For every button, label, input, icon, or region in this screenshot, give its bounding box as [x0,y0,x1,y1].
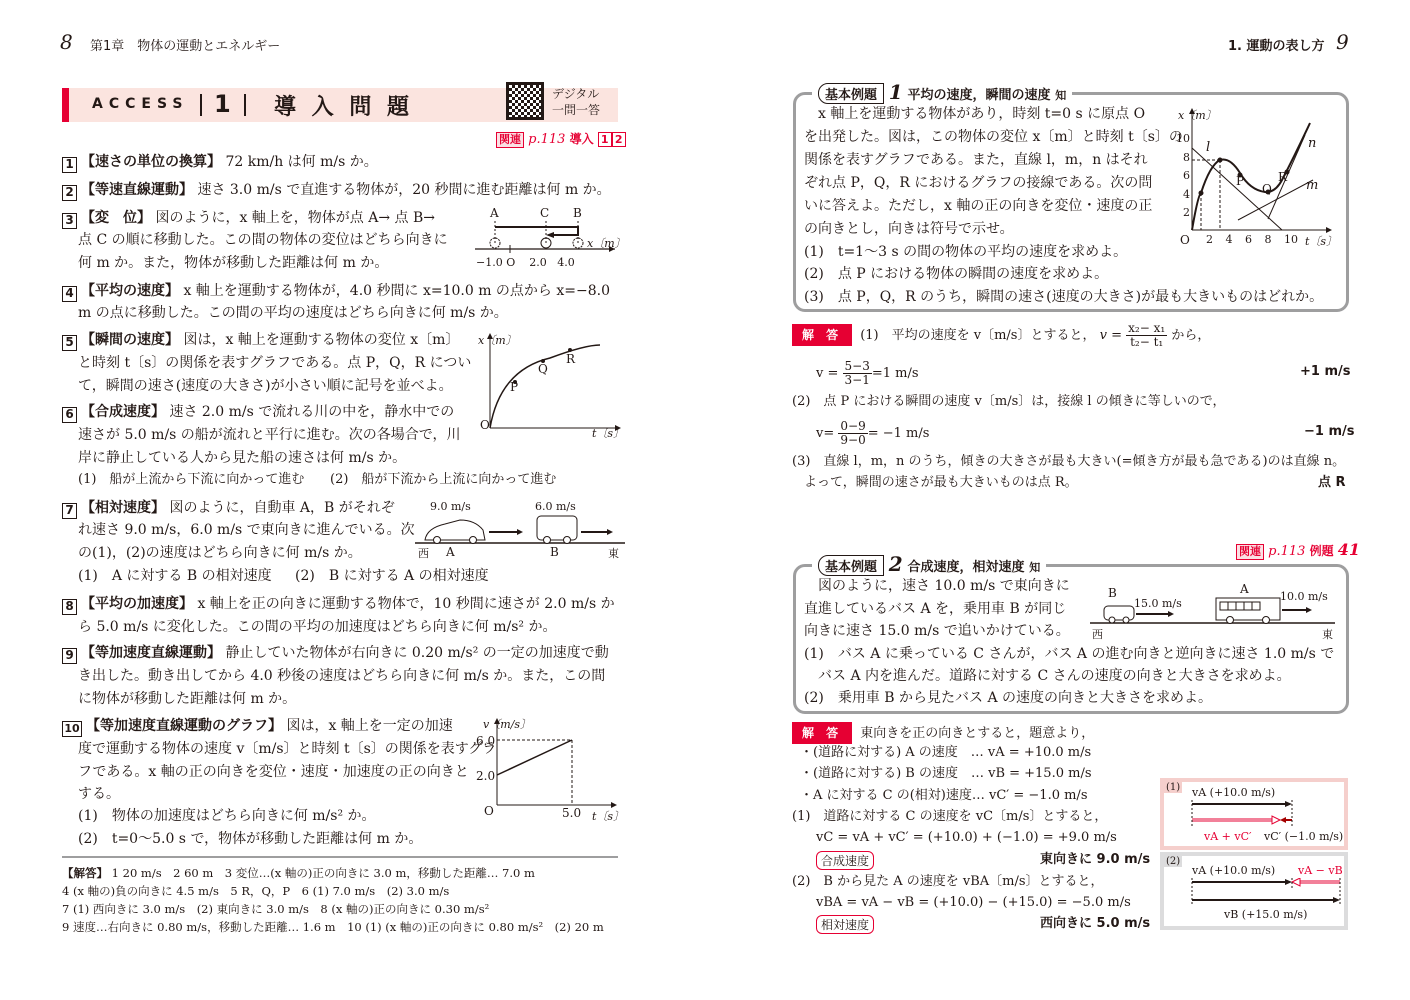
related-ref-1: 関連 p.113 導入 12 [496,130,626,148]
answers-divider [62,856,618,858]
east-label: 東 [1322,626,1333,642]
vector-diagram-2: (2) vA (+10.0 m/s) vA − vB vB (+15.0 m/s… [1160,852,1348,930]
related-ref-2: 関連 p.113 例題 41 [1236,540,1360,560]
page-number-left: 8 [60,30,73,54]
example-1-graph [1170,105,1350,245]
x-axis-label: t〔s〕 [1305,233,1337,249]
point-q: Q [1262,182,1272,196]
y-tick-6: 6.0 [476,734,495,748]
qr-code-icon[interactable] [506,82,544,120]
west-label: 西 [1092,626,1103,642]
car-b-label: B [550,545,559,559]
cars-diagram [415,510,625,550]
header-accent-bar [62,88,69,122]
digital-label-2: 一問一答 [552,102,600,118]
point-r: R [566,352,575,366]
point-c-label: C [540,206,549,220]
point-b-label: B [573,206,582,220]
y-tick-2: 2.0 [476,769,495,783]
access-label: ACCESS [92,96,188,112]
origin-label: O [1180,233,1190,247]
x-ticks: 2 4 6 8 10 [1206,233,1298,246]
x-tick-5: 5.0 [562,806,581,820]
vector-diagram-1: (1) vA (+10.0 m/s) vA + vC′ vC′ (−1.0 m/… [1160,778,1348,850]
digital-label: デジタル [552,86,600,102]
point-q: Q [538,362,548,376]
problem-1: 1【速さの単位の換算】 72 km/h は何 m/s か。 [62,152,378,173]
section-title: 導 入 問 題 [274,90,413,121]
problem-2: 2【等速直線運動】 速さ 3.0 m/s で直進する物体が，20 秒間に進む距離… [62,180,611,201]
divider [200,94,202,116]
x-axis-label: t〔s〕 [592,808,624,824]
car-b-label: B [1108,586,1117,600]
west-label: 西 [418,545,429,561]
speed-b-label: 6.0 m/s [535,500,576,513]
y-axis-label: v〔m/s〕 [483,716,531,732]
example-2-header: 基本例題 2 合成速度，相対速度 知 [812,552,1046,576]
point-r: R [1278,170,1287,184]
origin-label: O [480,418,490,432]
car-a-label: A [446,545,455,559]
east-label: 東 [608,545,619,561]
x-axis-label: x〔m〕 [587,235,626,251]
line-m: m [1306,178,1318,193]
speed-a-label: 9.0 m/s [430,500,471,513]
relative-velocity-pill: 相対速度 [816,915,874,934]
x-axis-label: t〔s〕 [592,425,624,441]
chapter-title: 第1章 物体の運動とエネルギー [90,35,280,54]
origin-label: O [484,804,494,818]
point-p: P [1236,174,1244,188]
point-p: P [510,380,518,394]
divider [244,94,246,116]
line-n: n [1308,136,1316,151]
bus-a-label: A [1240,582,1249,596]
point-a-label: A [490,206,499,220]
example-1-header: 基本例題 1 平均の速度，瞬間の速度 知 [812,80,1072,104]
y-axis-label: x〔m〕 [478,332,517,348]
tick-labels: −1.0 O 2.0 4.0 [476,256,575,269]
section-number: 1 [214,90,231,118]
access-header: ACCESS 1 導 入 問 題 デジタル 一問一答 [62,88,618,122]
y-axis-label: x〔m〕 [1178,107,1217,123]
speed-b-label: 15.0 m/s [1134,597,1182,610]
line-l: l [1206,140,1210,155]
y-ticks: 10 8 6 4 2 [1172,130,1190,223]
composite-velocity-pill: 合成速度 [816,851,874,870]
page-number-right: 9 [1336,30,1349,54]
section-header-right: 1. 運動の表し方 [1228,35,1325,54]
speed-a-label: 10.0 m/s [1280,590,1328,603]
